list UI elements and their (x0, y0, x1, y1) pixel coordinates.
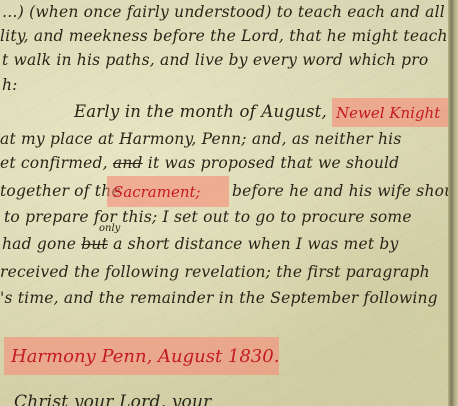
manuscript-line: et confirmed, and it was proposed that w… (0, 153, 399, 173)
highlight-text: Harmony Penn, August 1830. (11, 346, 279, 367)
manuscript-line: together of the (0, 181, 121, 201)
highlight-text: Sacrament; (113, 183, 201, 201)
manuscript-line: Early in the month of August, (74, 102, 327, 122)
manuscript-line: lity, and meekness before the Lord, that… (0, 26, 448, 46)
highlight-newel-knight: Newel Knight (332, 98, 448, 127)
manuscript-line: h: (2, 75, 18, 95)
highlight-text: Newel Knight (336, 104, 440, 122)
line-segment: had gone (2, 235, 76, 253)
inserted-word: only (99, 223, 120, 234)
manuscript-line: to prepare for this; I set out to go to … (4, 207, 412, 227)
manuscript-line: at my place at Harmony, Penn; and, as ne… (0, 129, 401, 149)
manuscript-page: …) (when once fairly understood) to teac… (0, 0, 458, 406)
manuscript-line: …) (when once fairly understood) to teac… (2, 2, 445, 22)
page-binding-edge (448, 0, 458, 406)
line-segment: it was proposed that we should (148, 154, 400, 172)
manuscript-line: t walk in his paths, and live by every w… (2, 50, 428, 70)
struck-word: and (113, 154, 143, 172)
highlight-dateline: Harmony Penn, August 1830. (4, 337, 279, 375)
line-segment: a short distance when I was met by (113, 235, 398, 253)
highlight-sacrament: Sacrament; (107, 176, 229, 207)
struck-word: but (81, 235, 108, 253)
manuscript-line: Christ your Lord, your (14, 392, 211, 406)
line-segment: et confirmed, (0, 154, 108, 172)
manuscript-line: had gone but a short distance when I was… (2, 234, 398, 254)
manuscript-line: 's time, and the remainder in the Septem… (0, 288, 438, 308)
manuscript-line: before he and his wife should (232, 181, 458, 201)
manuscript-line: received the following revelation; the f… (0, 262, 430, 282)
